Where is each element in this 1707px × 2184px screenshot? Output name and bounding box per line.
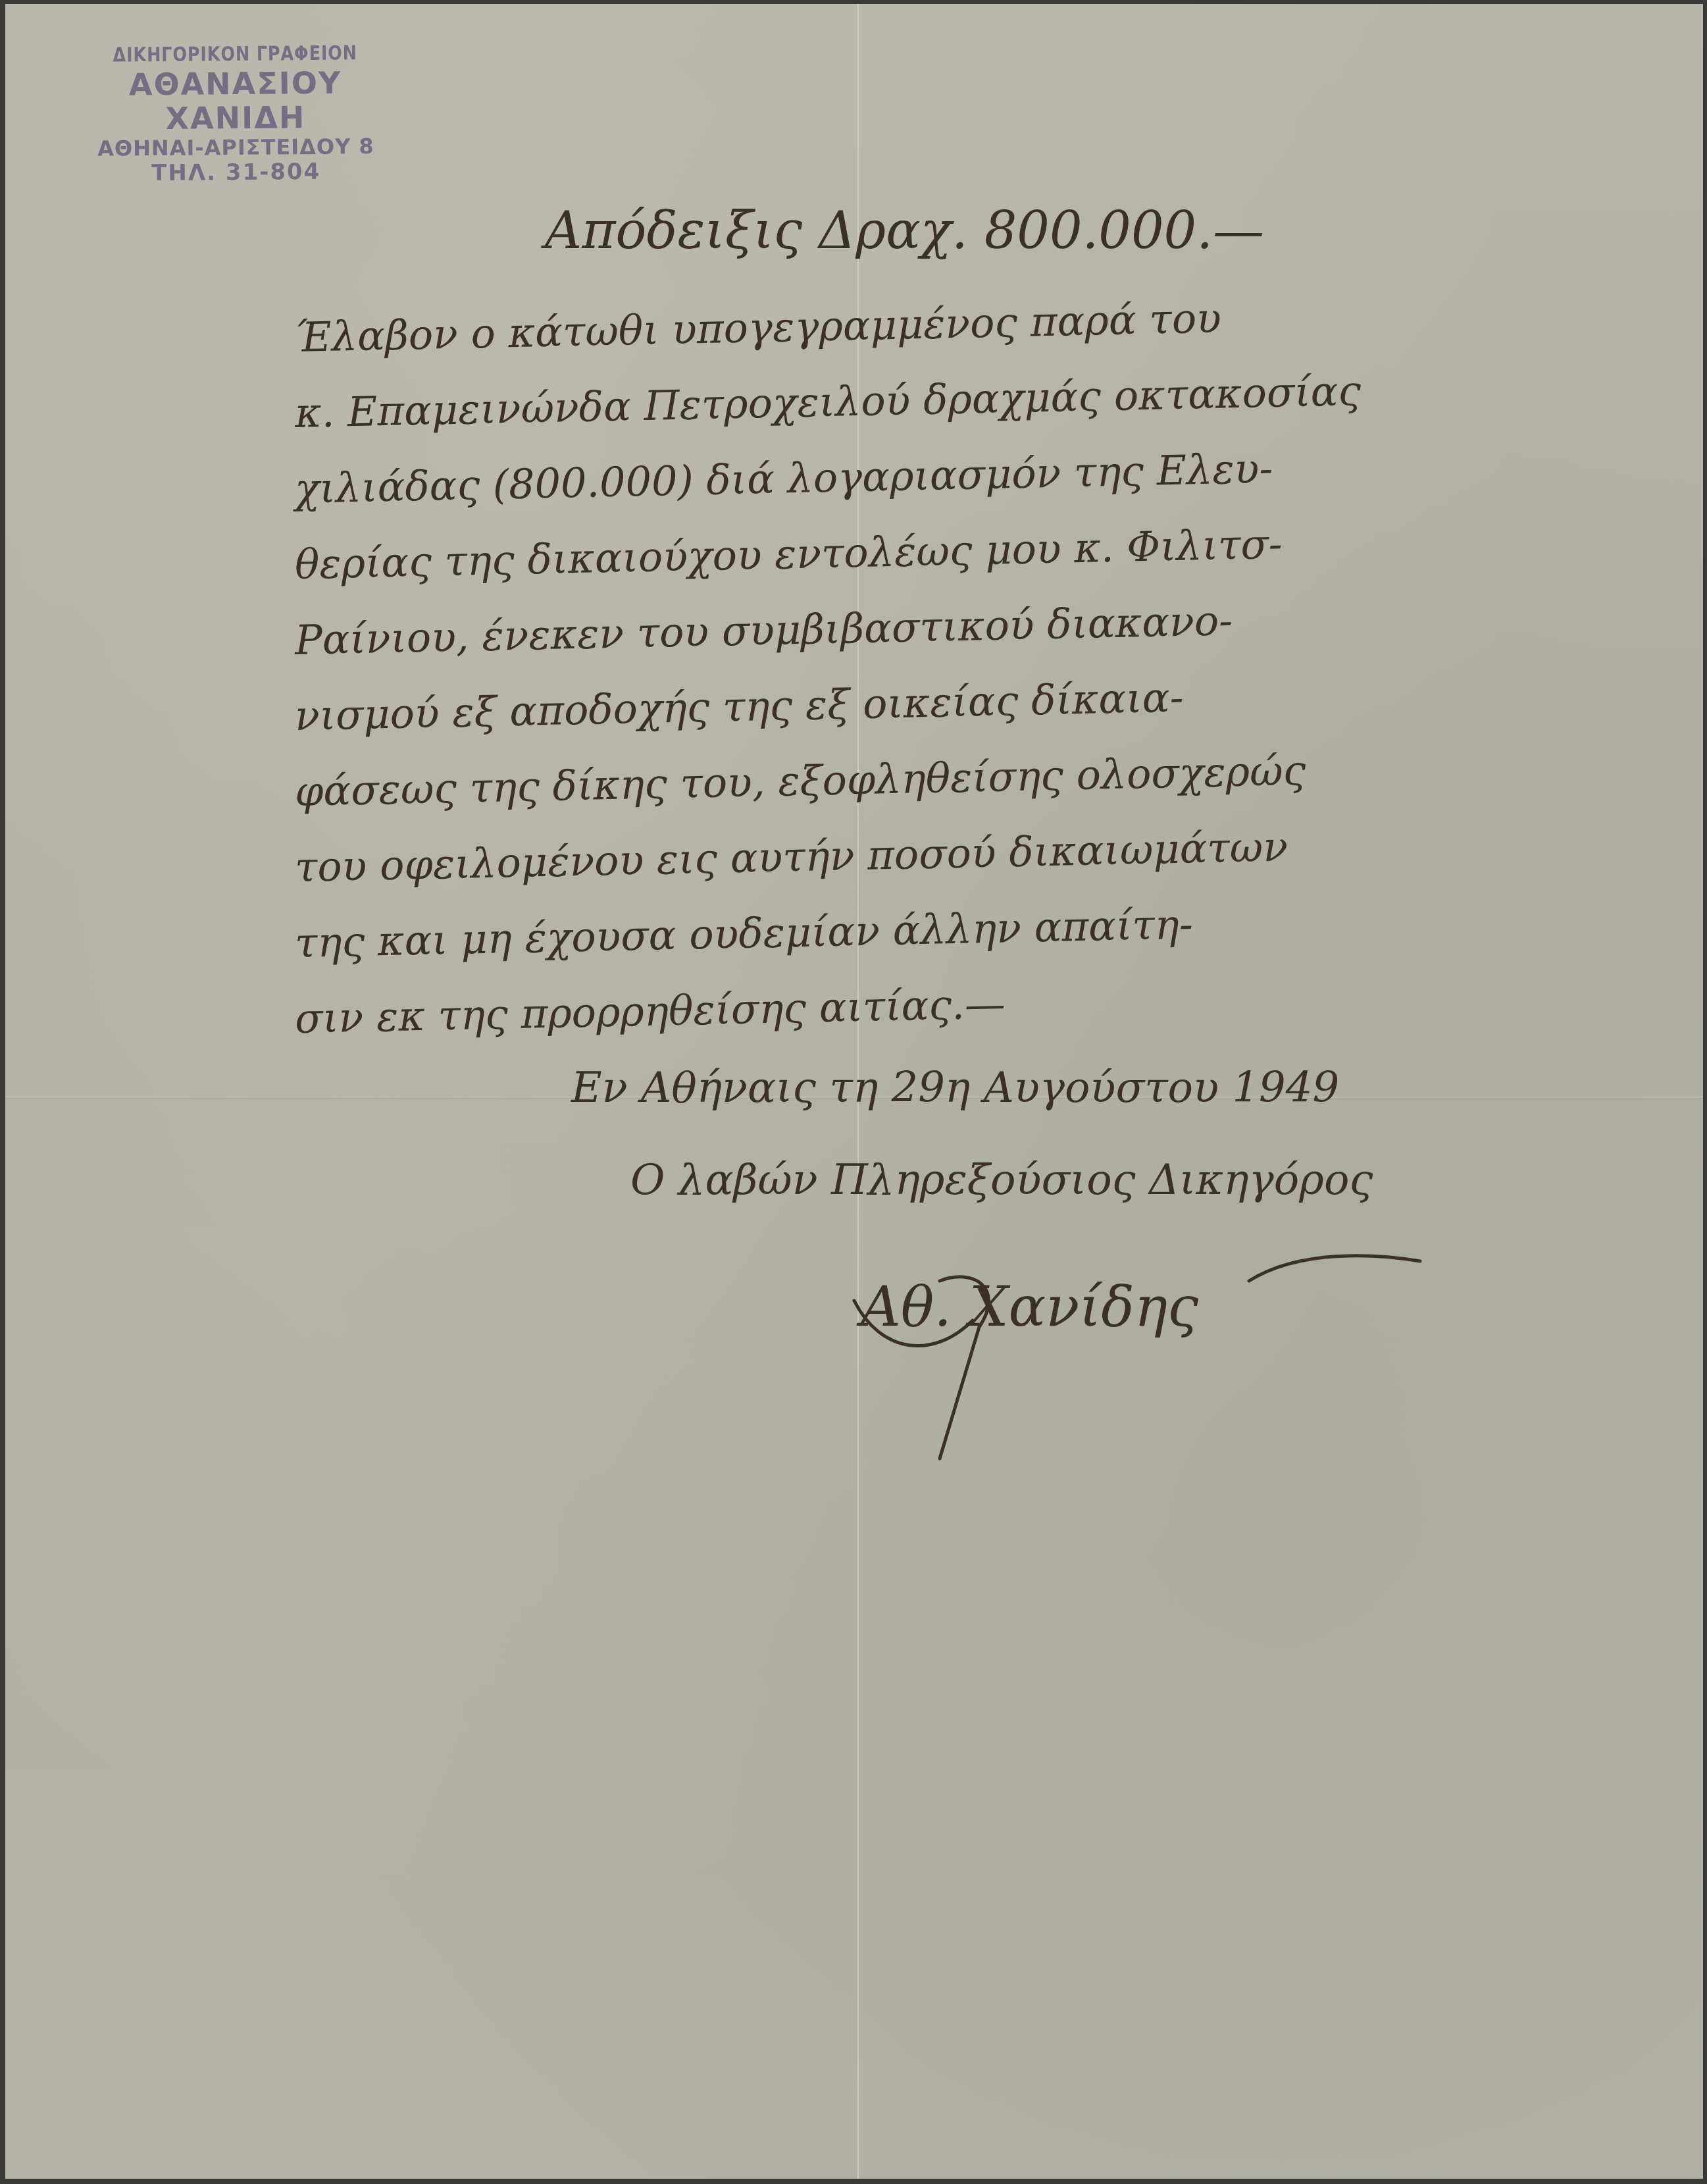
law-office-stamp: ΔΙΚΗΓΟΡΙΚΟΝ ΓΡΑΦΕΙΟΝ ΑΘΑΝΑΣΙΟΥ ΧΑΝΙΔΗ ΑΘ…	[57, 42, 414, 188]
signature: Αθ. Χανίδης	[861, 1274, 1198, 1339]
stamp-line-name: ΑΘΑΝΑΣΙΟΥ ΧΑΝΙΔΗ	[57, 65, 413, 137]
stamp-line-phone: ΤΗΛ. 31-804	[59, 159, 414, 188]
body-line: σιν εκ της προρρηθείσης αιτίας.—	[294, 979, 1006, 1043]
body-line: θερίας της δικαιούχου εντολέως μου κ. Φι…	[294, 520, 1283, 588]
body-line: κ. Επαμεινώνδα Πετροχειλού δραχμάς οκτακ…	[294, 367, 1362, 437]
document-page: ΔΙΚΗΓΟΡΙΚΟΝ ΓΡΑΦΕΙΟΝ ΑΘΑΝΑΣΙΟΥ ΧΑΝΙΔΗ ΑΘ…	[5, 4, 1703, 2179]
body-line: του οφειλομένου εις αυτήν ποσού δικαιωμά…	[294, 822, 1288, 891]
stamp-line-address: ΑΘΗΝΑΙ-ΑΡΙΣΤΕΙΔΟΥ 8	[58, 134, 413, 162]
body-line: Ραίνιου, ένεκεν του συμβιβαστικού διακαν…	[294, 596, 1233, 664]
body-line: της και μη έχουσα ουδεμίαν άλλην απαίτη-	[294, 900, 1193, 967]
body-line: χιλιάδας (800.000) διά λογαριασμόν της Ε…	[294, 444, 1273, 513]
date-line: Εν Αθήναις τη 29η Αυγούστου 1949	[571, 1064, 1339, 1112]
body-line: φάσεως της δίκης του, εξοφληθείσης ολοσχ…	[294, 746, 1306, 816]
body-line: νισμού εξ αποδοχής της εξ οικείας δίκαια…	[294, 673, 1184, 740]
body-line: Έλαβον ο κάτωθι υπογεγραμμένος παρά του	[294, 294, 1221, 361]
receipt-heading: Απόδειξις Δραχ. 800.000.—	[545, 201, 1264, 261]
closing-title: Ο λαβών Πληρεξούσιος Δικηγόρος	[630, 1156, 1373, 1205]
stamp-line-office: ΔΙΚΗΓΟΡΙΚΟΝ ΓΡΑΦΕΙΟΝ	[84, 42, 386, 68]
